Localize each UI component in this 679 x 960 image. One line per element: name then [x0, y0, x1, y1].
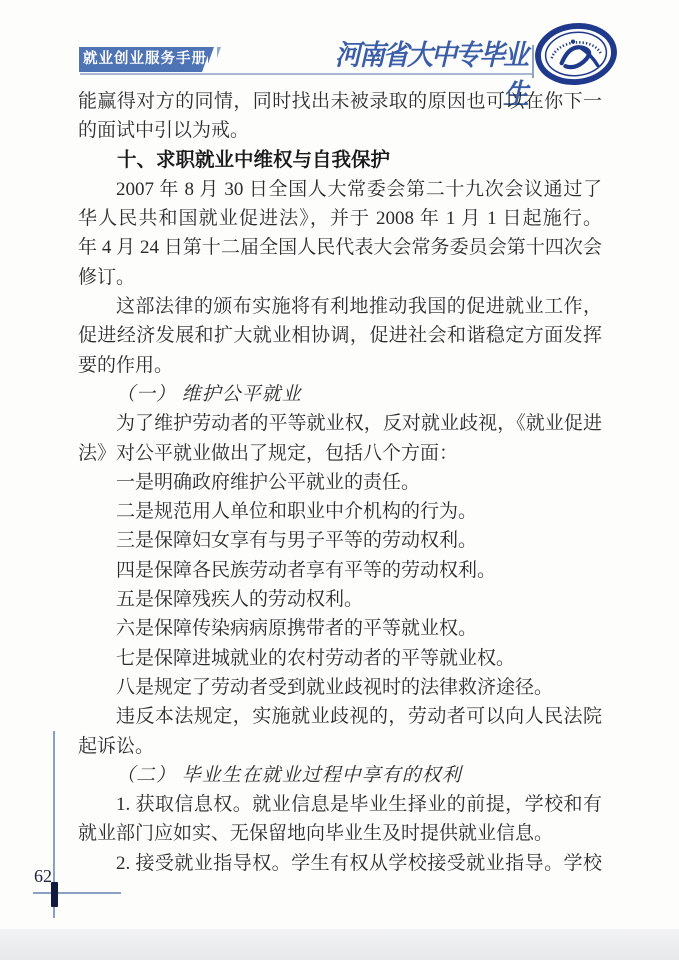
text-line: 要的作用。 — [78, 351, 602, 380]
book-page: 就业创业服务手册 河南省大中专毕业生 能赢得对方的同情，同时找出未被录取的原因也… — [0, 0, 679, 960]
page-number: 62 — [28, 866, 52, 887]
text-line: 法》对公平就业做出了规定，包括八个方面： — [78, 439, 602, 468]
graduate-employment-seal-icon — [530, 17, 622, 92]
body-text: 能赢得对方的同情，同时找出未被录取的原因也可以在你下一次的面试中引以为戒。十、求… — [78, 87, 602, 878]
text-line: 修订。 — [78, 263, 602, 292]
scan-edge-band — [0, 929, 679, 960]
header-badge: 就业创业服务手册 — [79, 47, 211, 72]
text-line: 2. 接受就业指导权。学生有权从学校接受就业指导。学校应 — [78, 849, 602, 878]
text-line: 华人民共和国就业促进法》，并于 2008 年 1 月 1 日起施行。2015 — [78, 204, 602, 233]
badge-stripe-icon — [217, 47, 221, 72]
text-line: （一） 维护公平就业 — [78, 380, 602, 409]
text-line: 1. 获取信息权。就业信息是毕业生择业的前提，学校和有关 — [78, 790, 602, 819]
badge-stripe-icon — [208, 47, 214, 72]
text-line: 年 4 月 24 日第十二届全国人民代表大会常务委员会第十四次会议 — [78, 233, 602, 262]
text-line: 八是规定了劳动者受到就业歧视时的法律救济途径。 — [78, 673, 602, 702]
page-marker-tick — [51, 882, 58, 907]
text-line: 十、求职就业中维权与自我保护 — [78, 146, 602, 175]
text-line: 这部法律的颁布实施将有利地推动我国的促进就业工作，在 — [78, 292, 602, 321]
brand-calligraphy-title: 河南省大中专毕业生 — [335, 37, 527, 76]
header-badge-label: 就业创业服务手册 — [83, 51, 207, 67]
text-line: 违反本法规定，实施就业歧视的，劳动者可以向人民法院提 — [78, 702, 602, 731]
text-line: 起诉讼。 — [78, 732, 602, 761]
text-line: 三是保障妇女享有与男子平等的劳动权利。 — [78, 526, 602, 555]
text-line: 一是明确政府维护公平就业的责任。 — [78, 468, 602, 497]
text-line: 四是保障各民族劳动者享有平等的劳动权利。 — [78, 556, 602, 585]
text-line: 就业部门应如实、无保留地向毕业生及时提供就业信息。 — [78, 819, 602, 848]
text-line: 的面试中引以为戒。 — [78, 116, 602, 145]
text-line: 二是规范用人单位和职业中介机构的行为。 — [78, 497, 602, 526]
text-line: 为了维护劳动者的平等就业权，反对就业歧视，《就业促进 — [78, 409, 602, 438]
margin-horizontal-line — [33, 892, 121, 894]
text-line: （二） 毕业生在就业过程中享有的权利 — [78, 761, 602, 790]
text-line: 六是保障传染病病原携带者的平等就业权。 — [78, 614, 602, 643]
text-line: 能赢得对方的同情，同时找出未被录取的原因也可以在你下一次 — [78, 87, 602, 116]
text-line: 促进经济发展和扩大就业相协调，促进社会和谐稳定方面发挥重 — [78, 321, 602, 350]
text-line: 五是保障残疾人的劳动权利。 — [78, 585, 602, 614]
text-line: 2007 年 8 月 30 日全国人大常委会第二十九次会议通过了《中 — [78, 175, 602, 204]
text-line: 七是保障进城就业的农村劳动者的平等就业权。 — [78, 644, 602, 673]
